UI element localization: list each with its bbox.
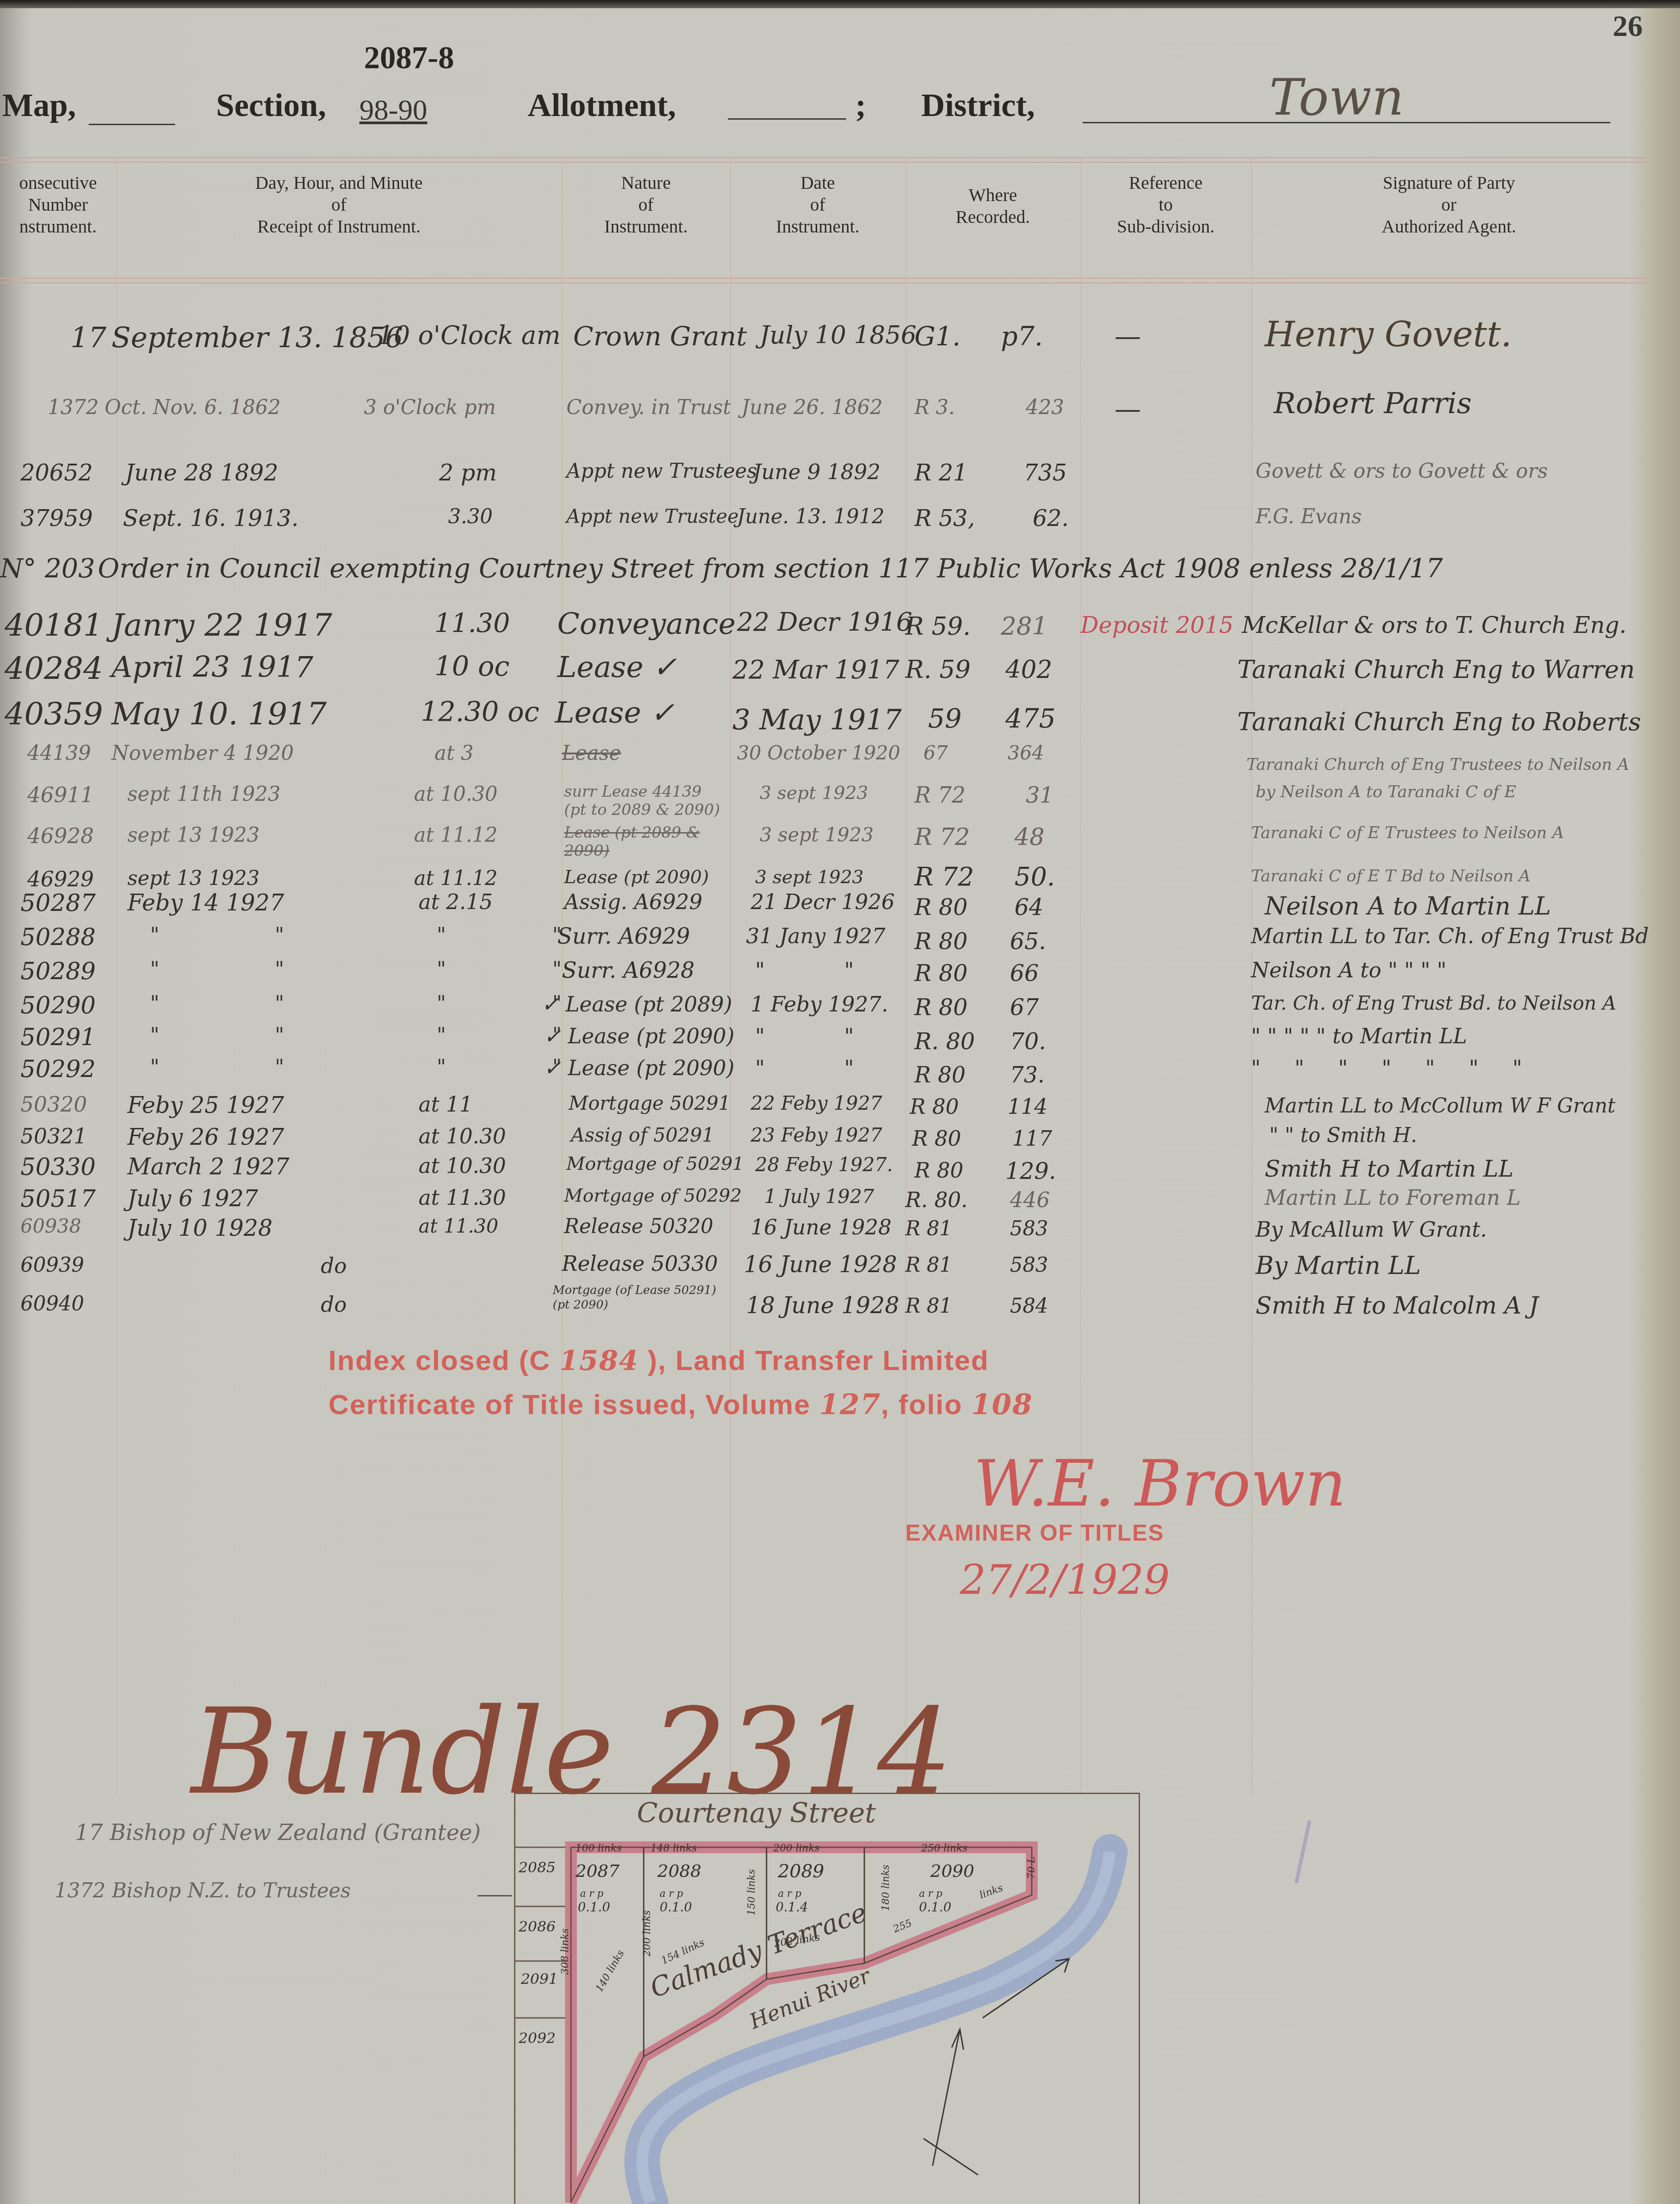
- lot-area-header: a r p: [919, 1888, 943, 1900]
- entry-date: 31 Jany 1927: [746, 924, 885, 948]
- entry-date: 21 Decr 1926: [751, 890, 895, 914]
- entry-book: R 80: [912, 1126, 961, 1151]
- header-line: Reference: [1080, 172, 1251, 194]
- entry-folio: 281: [1001, 612, 1048, 641]
- map-left-lot: 2091: [521, 1970, 558, 1987]
- entry-receipt-time: at 3: [434, 742, 474, 765]
- entry-receipt-day: July 6 1927: [127, 1185, 258, 1212]
- entry-book: R 59.: [905, 612, 971, 641]
- entry-number: 50320: [20, 1092, 87, 1117]
- stamp-text: Certificate of Title issued, Volume: [328, 1389, 811, 1420]
- entry-receipt-time: at 11.30: [419, 1215, 499, 1237]
- entry-folio: 67: [1010, 994, 1039, 1021]
- entry-folio: 31: [1026, 783, 1054, 808]
- header-line: of: [116, 194, 562, 216]
- entry-nature: Surr. A6928: [562, 958, 695, 983]
- entry-signature: Martin LL to Tar. Ch. of Eng Trust Bd: [1251, 924, 1649, 948]
- entry-signature: Smith H to Malcolm A J: [1256, 1292, 1539, 1319]
- entry-receipt-day: sept 13 1923: [127, 824, 259, 847]
- lot-frontage: 250 links: [921, 1843, 968, 1854]
- column-header-subdivision: Reference to Sub-division.: [1080, 172, 1251, 238]
- header-line: or: [1251, 194, 1647, 216]
- stamp-index-number: 1584: [559, 1345, 639, 1377]
- column-header-number: onsecutive Number nstrument.: [0, 172, 116, 238]
- header-rule-bottom-2: [0, 282, 1647, 283]
- entry-signature: Tar. Ch. of Eng Trust Bd. to Neilson A: [1251, 992, 1616, 1014]
- map-left-lot: 2086: [519, 1918, 555, 1935]
- header-rule-top: [0, 157, 1647, 158]
- entry-date: 16 June 1928: [744, 1251, 897, 1278]
- entry-receipt-day: " ": [150, 992, 338, 1015]
- entry-date: 1 July 1927: [764, 1185, 874, 1208]
- entry-date: July 10 1856: [760, 321, 917, 349]
- lot-area-header: a r p: [660, 1888, 683, 1900]
- entry-signature: Smith H to Martin LL: [1265, 1156, 1514, 1182]
- entry-signature: By Martin LL: [1256, 1251, 1421, 1280]
- entry-folio: 364: [1008, 742, 1044, 764]
- entry-receipt-day: " ": [150, 1024, 338, 1047]
- entry-receipt-day: do: [321, 1254, 347, 1278]
- entry-date: " ": [755, 1056, 890, 1080]
- lot-area: 0.1.0: [660, 1900, 692, 1915]
- examiner-date: 27/2/1929: [960, 1556, 1170, 1604]
- entry-date: 22 Mar 1917: [732, 655, 899, 685]
- entry-date: 3 sept 1923: [760, 824, 873, 846]
- entry-folio: 735: [1024, 460, 1067, 486]
- entry-book: R 81: [905, 1217, 952, 1240]
- entry-receipt-time: at 10.30: [419, 1124, 506, 1148]
- entry-number: 46911: [27, 783, 94, 807]
- entry-nature: ✓ Lease (pt 2090): [544, 1056, 734, 1080]
- allotment-label: Allotment,: [528, 86, 676, 124]
- entry-receipt-time: at 11: [419, 1092, 473, 1117]
- entry-number: 50292: [20, 1056, 96, 1083]
- entry-nature: Mortgage (of Lease 50291) (pt 2090): [553, 1283, 735, 1312]
- entry-reference: —: [1115, 394, 1141, 425]
- map-left-lot: 2092: [519, 2029, 555, 2047]
- entry-nature: Appt new Trustees: [566, 460, 757, 483]
- stamp-text: , folio: [881, 1389, 963, 1420]
- entry-number: 1372: [48, 396, 99, 419]
- entry-nature: Mortgage 50291: [569, 1092, 731, 1114]
- entry-number: 37959: [20, 505, 93, 531]
- entry-receipt-day: March 2 1927: [127, 1153, 289, 1180]
- entry-receipt-time: 10 o'Clock am: [378, 321, 560, 350]
- entry-number: 46929: [27, 867, 94, 891]
- district-value: Town: [1269, 68, 1404, 126]
- entry-nature: Convey. in Trust: [566, 396, 731, 419]
- entry-receipt-day: " ": [150, 1056, 338, 1079]
- column-header-receipt: Day, Hour, and Minute of Receipt of Inst…: [116, 172, 562, 238]
- entry-book: R 72: [914, 824, 970, 851]
- column-header-date: Date of Instrument.: [730, 172, 905, 238]
- entry-receipt-time: at 10.30: [419, 1153, 506, 1178]
- entry-folio: p7.: [1001, 321, 1043, 352]
- entry-number: 50287: [20, 890, 96, 917]
- entry-number: 60939: [20, 1254, 84, 1277]
- header-line: of: [730, 194, 905, 216]
- column-divider-5: [1080, 157, 1081, 1795]
- entry-nature: Surr. A6929: [557, 924, 690, 949]
- entry-receipt-time: at 10.30: [414, 783, 498, 806]
- entry-folio: 62.: [1033, 505, 1069, 531]
- entry-number: 50290: [20, 992, 96, 1019]
- entry-number: 44139: [27, 742, 91, 765]
- entry-nature: Assig of 50291: [571, 1124, 714, 1146]
- entry-signature: Neilson A to " " " ": [1251, 958, 1447, 982]
- entry-book: R 80: [914, 1062, 965, 1088]
- entry-number: 17: [71, 321, 106, 354]
- entry-nature: Lease (pt 2090): [564, 867, 709, 888]
- entry-receipt-time: at 11.12: [414, 824, 498, 847]
- lot-number: 2088: [657, 1861, 701, 1881]
- entry-nature: ✓ Lease (pt 2090): [544, 1024, 734, 1048]
- entry-signature: Martin LL to Foreman L: [1265, 1185, 1521, 1210]
- entry-receipt-day: sept 13 1923: [127, 867, 259, 890]
- entry-book: R 21: [914, 460, 968, 486]
- entry-book: R 80: [914, 894, 968, 920]
- entry-book: R 72: [914, 783, 965, 808]
- section-label: Section,: [216, 86, 326, 124]
- entry-date: 3 sept 1923: [755, 867, 864, 888]
- column-header-recorded: Where Recorded.: [905, 184, 1080, 228]
- entry-receipt-day: " ": [150, 924, 338, 947]
- entry-book: 67: [923, 742, 948, 764]
- map-street-label: Courtenay Street: [637, 1797, 876, 1829]
- entry-signature: Govett & ors to Govett & ors: [1256, 460, 1548, 483]
- district-label: District,: [921, 86, 1035, 124]
- entry-date: " ": [755, 1024, 890, 1048]
- header-line: to: [1080, 194, 1251, 216]
- register-page: 26 2087-8 Map, Section, 98-90 Allotment,…: [0, 0, 1680, 2204]
- entry-nature: Lease ✓: [557, 651, 677, 684]
- order-in-council-number: N° 203: [0, 553, 95, 584]
- entry-folio: 475: [1005, 703, 1056, 734]
- entry-book: R 80: [914, 928, 968, 955]
- entry-book: R 72: [914, 862, 974, 892]
- entry-signature: McKellar & ors to T. Church Eng.: [1242, 612, 1626, 638]
- dimension-label: 150 links: [746, 1869, 757, 1916]
- entry-book: R. 80.: [905, 1188, 968, 1212]
- entry-book: R 80: [914, 994, 968, 1021]
- entry-date: 18 June 1928: [746, 1292, 899, 1319]
- header-line: Instrument.: [730, 216, 905, 238]
- entry-book: R 81: [905, 1294, 952, 1318]
- entry-receipt-day: Oct. Nov. 6. 1862: [105, 396, 281, 419]
- pencil-mark: [1295, 1820, 1312, 1884]
- entry-book: R 81: [905, 1254, 952, 1277]
- entry-date: 28 Feby 1927.: [755, 1153, 893, 1176]
- entry-number: 40359: [5, 696, 103, 732]
- stamp-text: Index closed (C: [328, 1345, 550, 1376]
- entry-folio: 65.: [1010, 928, 1046, 955]
- entry-number: 60938: [20, 1215, 81, 1237]
- header-line: Authorized Agent.: [1251, 216, 1647, 238]
- entry-receipt-day: November 4 1920: [111, 742, 294, 765]
- entry-signature: by Neilson A to Taranaki C of E: [1256, 783, 1516, 801]
- entry-date: 30 October 1920: [737, 742, 900, 764]
- entry-book: G1.: [914, 321, 961, 352]
- entry-receipt-day: Feby 25 1927: [127, 1092, 284, 1118]
- lot-area: 0.1.0: [919, 1900, 951, 1915]
- entry-number: 46928: [27, 824, 94, 848]
- entry-date: 23 Feby 1927: [751, 1124, 882, 1146]
- entry-number: 40181: [5, 607, 103, 643]
- entry-date: " ": [755, 958, 890, 982]
- entry-nature: Assig. A6929: [564, 890, 702, 914]
- entry-receipt-time: at 11.12: [414, 867, 498, 890]
- entry-receipt-time: 3.30: [448, 505, 493, 528]
- entry-date: 1 Feby 1927.: [751, 992, 888, 1016]
- entry-nature: Release 50320: [564, 1215, 713, 1238]
- header-line: Nature: [562, 172, 730, 194]
- margin-note-dash: [478, 1895, 512, 1896]
- page-number: 26: [1613, 9, 1643, 44]
- entry-signature: Taranaki Church of Eng Trustees to Neils…: [1246, 755, 1629, 774]
- entry-number: 50330: [20, 1153, 96, 1181]
- entry-receipt-time: 10 oc: [434, 651, 510, 682]
- entry-reference-deposit: Deposit 2015: [1080, 612, 1234, 638]
- entry-book: R 53,: [914, 505, 975, 531]
- entry-number: 50517: [20, 1185, 96, 1213]
- examiner-title: EXAMINER OF TITLES: [905, 1520, 1164, 1546]
- header-line: Day, Hour, and Minute: [116, 172, 562, 194]
- examiner-signature: W.E. Brown: [974, 1447, 1346, 1521]
- entry-receipt-day: Sept. 16. 1913.: [123, 505, 298, 531]
- entry-number: 50291: [20, 1024, 96, 1051]
- entry-folio: 584: [1010, 1294, 1048, 1318]
- entry-date: 3 sept 1923: [760, 783, 868, 804]
- entry-nature: Conveyance: [557, 607, 736, 641]
- entry-signature: " " " " " " ": [1251, 1056, 1536, 1080]
- entry-folio: 402: [1005, 655, 1052, 684]
- entry-signature: Martin LL to McCollum W F Grant: [1265, 1094, 1615, 1117]
- entry-date: 22 Decr 1916: [737, 607, 913, 637]
- entry-receipt-day: May 10. 1917: [111, 696, 327, 732]
- entry-number: 40284: [5, 651, 103, 687]
- entry-reference: —: [1115, 321, 1141, 352]
- stamp-folio: 108: [971, 1388, 1033, 1421]
- entry-receipt-time: at 2.15: [419, 890, 493, 914]
- dimension-label: 70 L: [1026, 1856, 1037, 1879]
- entry-folio: 446: [1010, 1188, 1050, 1212]
- entry-signature: Taranaki C of E T Bd to Neilson A: [1251, 867, 1531, 885]
- lot-number: 2089: [778, 1861, 824, 1882]
- entry-folio: 114: [1008, 1094, 1048, 1119]
- entry-receipt-day: July 10 1928: [127, 1215, 272, 1241]
- entry-folio: 117: [1012, 1126, 1052, 1151]
- entry-folio: 50.: [1014, 862, 1055, 892]
- margin-note-grant: 17 Bishop of New Zealand (Grantee): [75, 1820, 481, 1845]
- column-header-nature: Nature of Instrument.: [562, 172, 730, 238]
- section-value: 98-90: [359, 93, 427, 127]
- header-line: nstrument.: [0, 216, 116, 238]
- entry-receipt-time: 3 o'Clock pm: [364, 396, 496, 419]
- header-line: Instrument.: [562, 216, 730, 238]
- entry-date: June 9 1892: [753, 460, 881, 484]
- header-line: Where: [905, 184, 1080, 206]
- entry-signature: Taranaki C of E Trustees to Neilson A: [1251, 824, 1564, 842]
- header-line: Receipt of Instrument.: [116, 216, 562, 238]
- entry-number: 60940: [20, 1292, 84, 1315]
- lot-frontage: 100 links: [575, 1843, 622, 1854]
- entry-receipt-day: June 28 1892: [125, 460, 278, 486]
- entry-date: June 26. 1862: [742, 396, 883, 419]
- lot-frontage: 200 links: [773, 1843, 820, 1854]
- entry-number: 50288: [20, 924, 96, 951]
- entry-number: 50289: [20, 958, 96, 985]
- map-label: Map,: [2, 86, 76, 124]
- entry-book: R 80: [914, 1158, 964, 1183]
- entry-nature: Lease ✓: [555, 696, 675, 730]
- entry-nature: Crown Grant: [573, 321, 747, 352]
- stamp-volume: 127: [819, 1388, 881, 1421]
- lot-number: 2090: [930, 1861, 974, 1881]
- entry-number: 50321: [20, 1124, 87, 1148]
- entry-folio: 73.: [1010, 1062, 1044, 1088]
- entry-nature: Lease (pt 2089 & 2090): [564, 824, 728, 860]
- entry-receipt-day: " ": [150, 958, 338, 981]
- header-rule-top-2: [0, 162, 1647, 163]
- map-left-lot: 2085: [519, 1859, 555, 1876]
- stamp-certificate: Certificate of Title issued, Volume 127,…: [328, 1388, 1033, 1421]
- entry-receipt-day: Janry 22 1917: [111, 607, 332, 643]
- entry-signature: Taranaki Church Eng to Warren: [1237, 655, 1635, 684]
- lot-area-header: a r p: [580, 1888, 604, 1900]
- lot-area: 0.1.4: [776, 1900, 808, 1915]
- order-in-council-text: Order in Council exempting Courtney Stre…: [98, 553, 1443, 584]
- lot-area: 0.1.0: [578, 1900, 610, 1915]
- entry-receipt-day: Feby 14 1927: [127, 890, 284, 916]
- header-line: Sub-division.: [1080, 216, 1251, 238]
- header-line: Recorded.: [905, 206, 1080, 228]
- lot-frontage: 148 links: [651, 1843, 697, 1854]
- entry-folio: 48: [1014, 824, 1044, 851]
- entry-signature: Neilson A to Martin LL: [1265, 892, 1551, 920]
- entry-receipt-time: 12.30 oc: [421, 696, 540, 728]
- entry-book: R. 80: [914, 1028, 975, 1055]
- entry-date: June. 13. 1912: [737, 505, 884, 528]
- entry-nature: Mortgage of 50292: [564, 1185, 742, 1206]
- entry-nature: ✓ Lease (pt 2089): [541, 992, 732, 1016]
- entry-book: R 80: [910, 1094, 959, 1119]
- entry-folio: 583: [1010, 1254, 1048, 1277]
- entry-book: R 80: [914, 960, 968, 986]
- entry-book: R 3.: [914, 396, 955, 419]
- entry-signature: Taranaki Church Eng to Roberts: [1237, 708, 1641, 736]
- entry-signature: By McAllum W Grant.: [1256, 1217, 1487, 1242]
- header-line: of: [562, 194, 730, 216]
- header-line: Date: [730, 172, 905, 194]
- stamp-index-closed: Index closed (C 1584 ), Land Transfer Li…: [328, 1345, 989, 1377]
- entry-signature: Robert Parris: [1274, 387, 1472, 420]
- entry-book: 59: [928, 703, 962, 734]
- column-header-signature: Signature of Party or Authorized Agent.: [1251, 172, 1647, 238]
- entry-date: 22 Feby 1927: [751, 1092, 882, 1114]
- entry-receipt-day: Feby 26 1927: [127, 1124, 284, 1150]
- dimension-label: 180 links: [880, 1865, 892, 1911]
- header-rule-bottom: [0, 278, 1647, 279]
- entry-date: 16 June 1928: [751, 1215, 892, 1239]
- header-line: Signature of Party: [1251, 172, 1647, 194]
- page-top-edge: [0, 0, 1680, 8]
- parcel-reference: 2087-8: [364, 40, 454, 76]
- semicolon: ;: [855, 86, 866, 124]
- header-line: onsecutive: [0, 172, 116, 194]
- column-divider-4: [905, 157, 906, 1795]
- dimension-label: 200 links: [641, 1910, 653, 1956]
- entry-folio: 70.: [1010, 1028, 1046, 1055]
- dimension-label: 308 links: [560, 1928, 571, 1975]
- stamp-text: ), Land Transfer Limited: [648, 1345, 989, 1376]
- entry-book: R. 59: [905, 655, 971, 684]
- entry-receipt-day: do: [321, 1292, 347, 1317]
- entry-folio: 64: [1014, 894, 1044, 920]
- entry-receipt-day: April 23 1917: [111, 651, 313, 684]
- entry-nature: Lease: [562, 742, 621, 765]
- entry-receipt-day: sept 11th 1923: [127, 783, 280, 806]
- entry-folio: 583: [1010, 1217, 1048, 1240]
- map-blank-line: [89, 124, 175, 125]
- entry-nature: Appt new Trustee: [566, 505, 739, 527]
- entry-receipt-day: September 13. 1856: [111, 321, 403, 354]
- entry-nature: surr Lease 44139 (pt to 2089 & 2090): [564, 783, 728, 819]
- entry-folio: 66: [1010, 960, 1039, 986]
- entry-folio: 129.: [1005, 1158, 1056, 1184]
- entry-folio: 423: [1026, 396, 1064, 419]
- entry-signature: F.G. Evans: [1256, 505, 1362, 528]
- margin-note-trustees: 1372 Bishop N.Z. to Trustees: [55, 1879, 351, 1902]
- allotment-blank-line: [728, 118, 846, 120]
- entry-signature: " " to Smith H.: [1269, 1124, 1417, 1147]
- lot-area-header: a r p: [778, 1888, 802, 1900]
- entry-receipt-time: 11.30: [434, 607, 510, 638]
- entry-number: 20652: [20, 460, 93, 486]
- lot-number: 2087: [575, 1861, 620, 1881]
- entry-date: 3 May 1917: [732, 703, 902, 736]
- entry-nature: Mortgage of 50291: [566, 1153, 744, 1174]
- entry-signature: " " " " " to Martin LL: [1251, 1024, 1467, 1048]
- entry-receipt-time: at 11.30: [419, 1185, 506, 1210]
- entry-receipt-time: 2 pm: [439, 460, 497, 486]
- header-line: Number: [0, 194, 116, 216]
- entry-nature: Release 50330: [562, 1251, 718, 1276]
- entry-signature: Henry Govett.: [1265, 314, 1512, 354]
